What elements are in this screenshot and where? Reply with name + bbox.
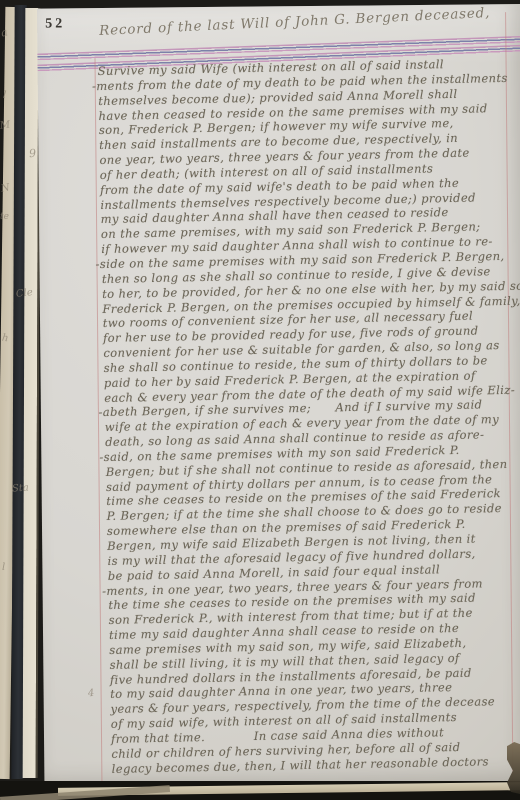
manuscript-text: Survive my said Wife (with interest on a…	[98, 56, 520, 777]
manuscript-title: Record of the last Will of John G. Berge…	[99, 5, 499, 39]
page-number: 52	[45, 16, 65, 32]
table-surface	[0, 781, 520, 800]
scanned-will-record-page: 52 Record of the last Will of John G. Be…	[0, 0, 520, 800]
page-surface: 52 Record of the last Will of John G. Be…	[37, 4, 520, 788]
